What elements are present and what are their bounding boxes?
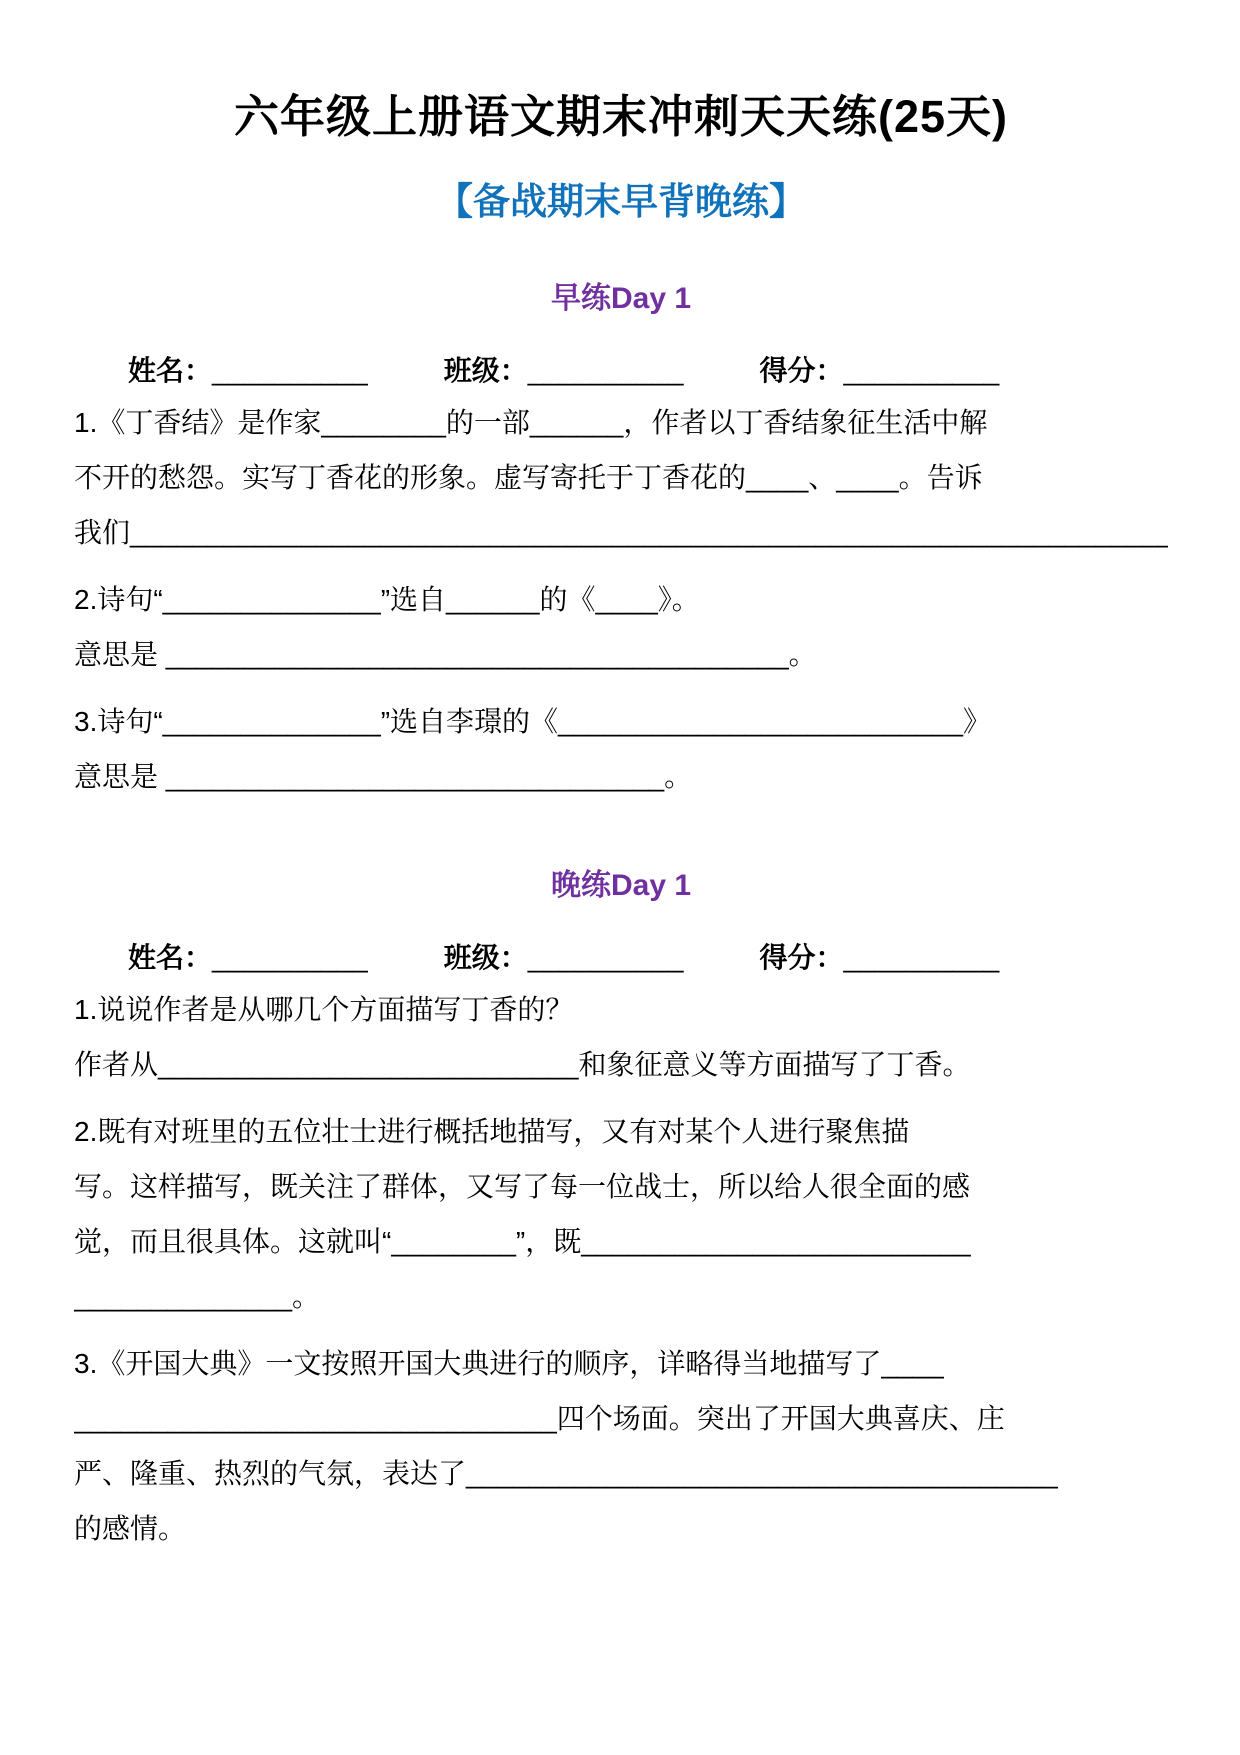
question-line: 1.《丁香结》是作家________的一部______，作者以丁香结象征生活中解: [74, 395, 1168, 450]
question-line: 不开的愁怨。实写丁香花的形象。虚写寄托于丁香花的____、____。告诉: [74, 450, 1168, 505]
field-name: 姓名：__________: [128, 936, 368, 976]
section-heading-morning: 早练Day 1: [74, 273, 1168, 317]
question-line: 2.既有对班里的五位壮士进行概括地描写，又有对某个人进行聚焦描: [74, 1104, 1168, 1159]
question-line: 写。这样描写，既关注了群体，又写了每一位战士，所以给人很全面的感: [74, 1159, 1168, 1214]
question-line: 1.说说作者是从哪几个方面描写丁香的？: [74, 982, 1168, 1037]
fields-row: 姓名：__________ 班级：__________ 得分：_________…: [74, 349, 1168, 389]
field-label: 得分：: [760, 355, 844, 386]
field-blank: __________: [528, 355, 684, 386]
section-morning: 早练Day 1 姓名：__________ 班级：__________ 得分：_…: [74, 273, 1168, 804]
field-class: 班级：__________: [444, 349, 684, 389]
worksheet-page: 六年级上册语文期末冲刺天天练(25天) 【备战期末早背晚练】 早练Day 1 姓…: [0, 0, 1240, 1755]
questions-morning: 1.《丁香结》是作家________的一部______，作者以丁香结象征生活中解…: [74, 395, 1168, 804]
question-line: 意思是 ________________________________。: [74, 749, 1168, 804]
fields-row: 姓名：__________ 班级：__________ 得分：_________…: [74, 936, 1168, 976]
field-class: 班级：__________: [444, 936, 684, 976]
question-line: ______________。: [74, 1269, 1168, 1324]
question-line: 的感情。: [74, 1501, 1168, 1556]
question-3: 3.《开国大典》一文按照开国大典进行的顺序，详略得当地描写了____ _____…: [74, 1336, 1168, 1556]
section-evening: 晚练Day 1 姓名：__________ 班级：__________ 得分：_…: [74, 860, 1168, 1556]
field-score: 得分：__________: [760, 936, 1000, 976]
field-label: 姓名：: [128, 355, 212, 386]
question-line: _______________________________四个场面。突出了开…: [74, 1391, 1168, 1446]
question-line: 觉，而且很具体。这就叫“________”，既_________________…: [74, 1214, 1168, 1269]
question-2: 2.既有对班里的五位壮士进行概括地描写，又有对某个人进行聚焦描 写。这样描写，既…: [74, 1104, 1168, 1324]
field-label: 班级：: [444, 942, 528, 973]
field-blank: __________: [528, 942, 684, 973]
field-blank: __________: [844, 355, 1000, 386]
question-line: 3.《开国大典》一文按照开国大典进行的顺序，详略得当地描写了____: [74, 1336, 1168, 1391]
field-label: 姓名：: [128, 942, 212, 973]
page-title: 六年级上册语文期末冲刺天天练(25天): [74, 80, 1168, 145]
question-line: 严、隆重、热烈的气氛，表达了__________________________…: [74, 1446, 1168, 1501]
page-subtitle: 【备战期末早背晚练】: [74, 171, 1168, 225]
field-label: 得分：: [760, 942, 844, 973]
question-line: 意思是 ____________________________________…: [74, 627, 1168, 682]
question-line: 3.诗句“______________”选自李璟的《______________…: [74, 694, 1168, 749]
question-1: 1.说说作者是从哪几个方面描写丁香的？ 作者从_________________…: [74, 982, 1168, 1092]
field-blank: __________: [212, 355, 368, 386]
question-2: 2.诗句“______________”选自______的《____》。 意思是…: [74, 572, 1168, 682]
question-3: 3.诗句“______________”选自李璟的《______________…: [74, 694, 1168, 804]
question-line: 2.诗句“______________”选自______的《____》。: [74, 572, 1168, 627]
field-blank: __________: [844, 942, 1000, 973]
field-blank: __________: [212, 942, 368, 973]
question-1: 1.《丁香结》是作家________的一部______，作者以丁香结象征生活中解…: [74, 395, 1168, 560]
questions-evening: 1.说说作者是从哪几个方面描写丁香的？ 作者从_________________…: [74, 982, 1168, 1556]
field-name: 姓名：__________: [128, 349, 368, 389]
question-line: 作者从___________________________和象征意义等方面描写…: [74, 1037, 1168, 1092]
section-heading-evening: 晚练Day 1: [74, 860, 1168, 904]
field-label: 班级：: [444, 355, 528, 386]
question-line: 我们______________________________________…: [74, 505, 1168, 560]
field-score: 得分：__________: [760, 349, 1000, 389]
